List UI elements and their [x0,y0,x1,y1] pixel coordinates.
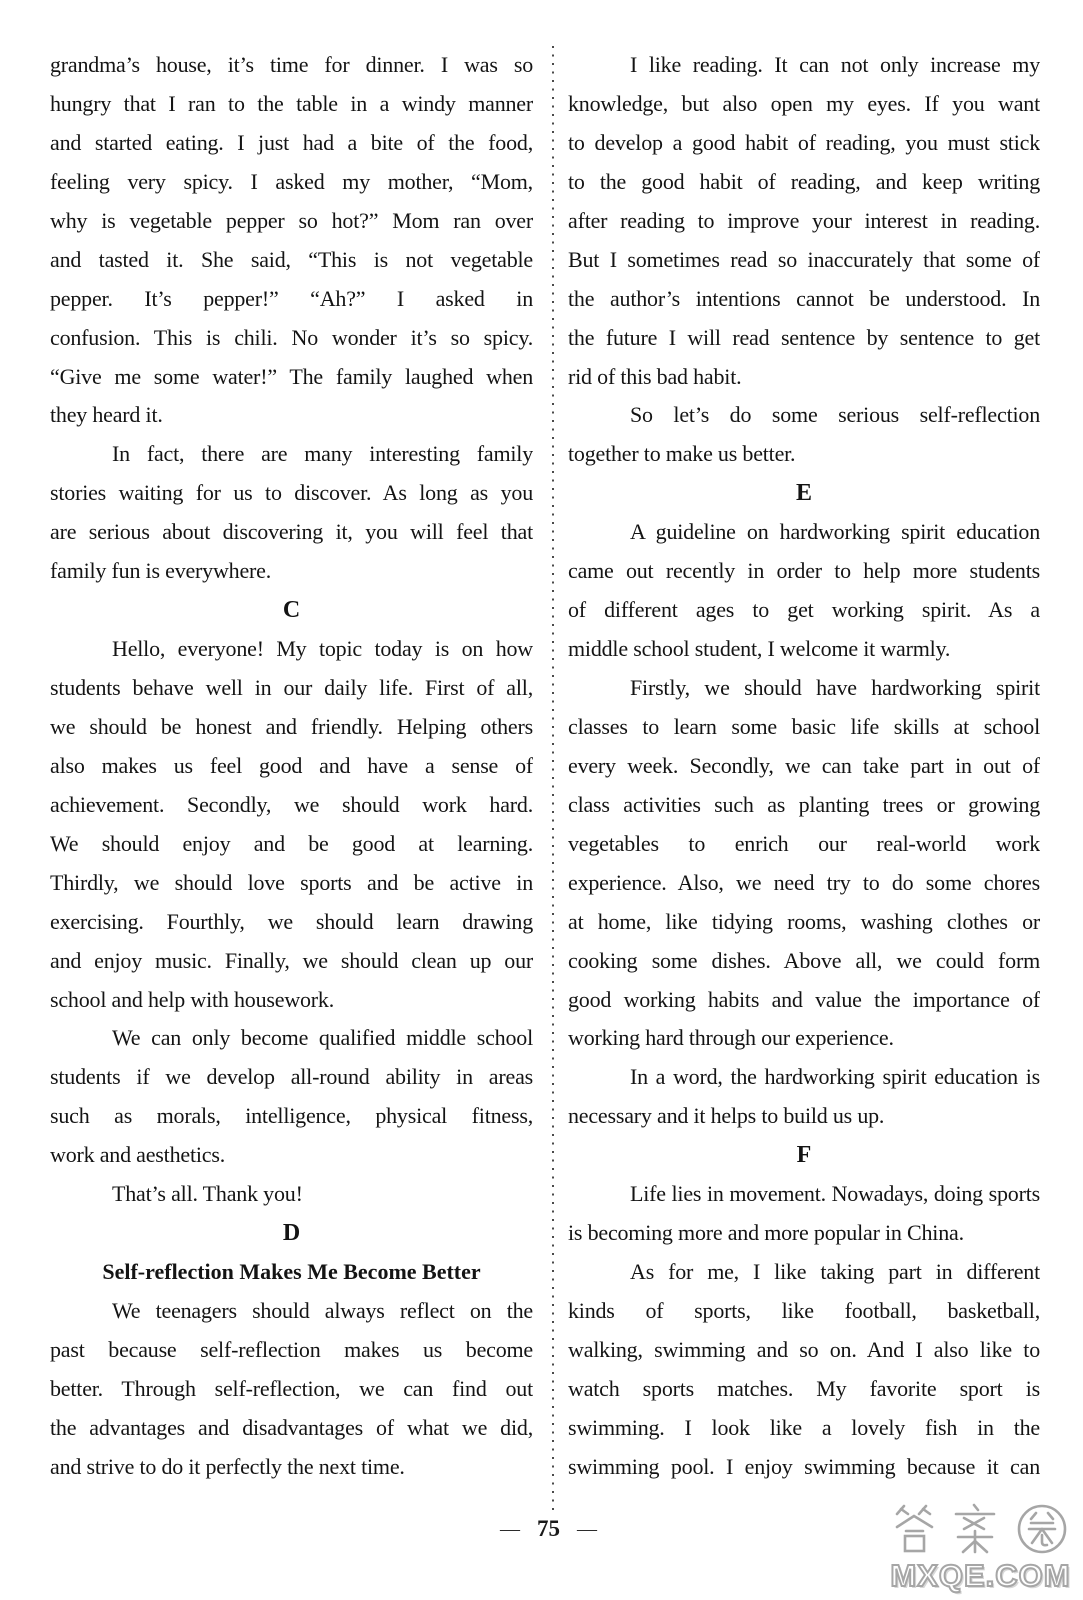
text-line: and strive to do it perfectly the next t… [50,1448,533,1487]
text-line: better. Through self-reflection, we can … [50,1370,533,1409]
left-text-column: grandma’s house, it’s time for dinner. I… [50,46,533,1487]
text-line: pepper. It’s pepper!” “Ah?” I asked in [50,280,533,319]
text-line: achievement. Secondly, we should work ha… [50,786,533,825]
section-heading: D [50,1214,533,1253]
watermark-domain-text: MXQE.COM [883,1558,1078,1594]
text-line: stories waiting for us to discover. As l… [50,474,533,513]
text-line: watch sports matches. My favorite sport … [568,1370,1040,1409]
column-divider-dotted-line [552,46,554,1512]
text-line: middle school student, I welcome it warm… [568,630,1040,669]
text-line: family fun is everywhere. [50,552,533,591]
text-line: knowledge, but also open my eyes. If you… [568,85,1040,124]
text-line: students if we develop all-round ability… [50,1058,533,1097]
text-line: swimming. I look like a lovely fish in t… [568,1409,1040,1448]
page-number: — 75 — [500,1516,597,1542]
text-line: We teenagers should always reflect on th… [50,1292,533,1331]
text-line: hungry that I ran to the table in a wind… [50,85,533,124]
text-line: Life lies in movement. Nowadays, doing s… [568,1175,1040,1214]
text-line: We should enjoy and be good at learning. [50,825,533,864]
text-line: In a word, the hardworking spirit educat… [568,1058,1040,1097]
text-line: the author’s intentions cannot be unders… [568,280,1040,319]
scanned-page: grandma’s house, it’s time for dinner. I… [0,0,1083,1600]
text-line: In fact, there are many interesting fami… [50,435,533,474]
text-line: the future I will read sentence by sente… [568,319,1040,358]
text-line: came out recently in order to help more … [568,552,1040,591]
section-heading: C [50,591,533,630]
text-line: So let’s do some serious self-reflection [568,396,1040,435]
text-line: swimming pool. I enjoy swimming because … [568,1448,1040,1487]
text-line: Thirdly, we should love sports and be ac… [50,864,533,903]
text-line: we should be honest and friendly. Helpin… [50,708,533,747]
text-line: That’s all. Thank you! [50,1175,533,1214]
text-line: past because self-reflection makes us be… [50,1331,533,1370]
text-line: working hard through our experience. [568,1019,1040,1058]
text-line: also makes us feel good and have a sense… [50,747,533,786]
essay-title: Self-reflection Makes Me Become Better [50,1253,533,1292]
text-line: grandma’s house, it’s time for dinner. I… [50,46,533,85]
text-line: A guideline on hardworking spirit educat… [568,513,1040,552]
text-line: the advantages and disadvantages of what… [50,1409,533,1448]
text-line: are serious about discovering it, you wi… [50,513,533,552]
text-line: We can only become qualified middle scho… [50,1019,533,1058]
text-line: cooking some dishes. Above all, we could… [568,942,1040,981]
text-line: and started eating. I just had a bite of… [50,124,533,163]
page-number-dash-left: — [500,1518,520,1541]
text-line: “Give me some water!” The family laughed… [50,358,533,397]
text-line: every week. Secondly, we can take part i… [568,747,1040,786]
text-line: of different ages to get working spirit.… [568,591,1040,630]
text-line: to develop a good habit of reading, you … [568,124,1040,163]
text-line: I like reading. It can not only increase… [568,46,1040,85]
text-line: such as morals, intelligence, physical f… [50,1097,533,1136]
text-line: confusion. This is chili. No wonder it’s… [50,319,533,358]
text-line: kinds of sports, like football, basketba… [568,1292,1040,1331]
text-line: feeling very spicy. I asked my mother, “… [50,163,533,202]
right-text-column: I like reading. It can not only increase… [568,46,1040,1487]
text-line: together to make us better. [568,435,1040,474]
watermark: MXQE.COM [883,1502,1078,1594]
text-line: school and help with housework. [50,981,533,1020]
text-line: is becoming more and more popular in Chi… [568,1214,1040,1253]
text-line: and enjoy music. Finally, we should clea… [50,942,533,981]
text-line: experience. Also, we need try to do some… [568,864,1040,903]
text-line: vegetables to enrich our real-world work [568,825,1040,864]
text-line: But I sometimes read so inaccurately tha… [568,241,1040,280]
text-line: As for me, I like taking part in differe… [568,1253,1040,1292]
text-line: after reading to improve your interest i… [568,202,1040,241]
text-line: Hello, everyone! My topic today is on ho… [50,630,533,669]
text-line: good working habits and value the import… [568,981,1040,1020]
text-line: exercising. Fourthly, we should learn dr… [50,903,533,942]
text-line: and tasted it. She said, “This is not ve… [50,241,533,280]
watermark-cjk-icon [892,1502,1070,1556]
text-line: class activities such as planting trees … [568,786,1040,825]
page-number-dash-right: — [577,1518,597,1541]
text-line: work and aesthetics. [50,1136,533,1175]
text-line: Firstly, we should have hardworking spir… [568,669,1040,708]
text-line: students behave well in our daily life. … [50,669,533,708]
text-line: to the good habit of reading, and keep w… [568,163,1040,202]
section-heading: F [568,1136,1040,1175]
section-heading: E [568,474,1040,513]
text-line: necessary and it helps to build us up. [568,1097,1040,1136]
text-line: walking, swimming and so on. And I also … [568,1331,1040,1370]
text-line: classes to learn some basic life skills … [568,708,1040,747]
text-line: rid of this bad habit. [568,358,1040,397]
text-line: they heard it. [50,396,533,435]
text-line: why is vegetable pepper so hot?” Mom ran… [50,202,533,241]
text-line: at home, like tidying rooms, washing clo… [568,903,1040,942]
page-number-value: 75 [537,1516,560,1542]
